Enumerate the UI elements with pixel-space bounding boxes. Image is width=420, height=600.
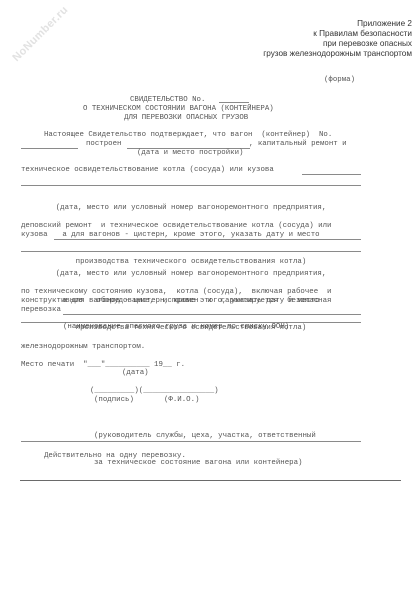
p1-repair: , капитальный ремонт и <box>249 140 347 149</box>
watermark: NoNumber.ru <box>10 4 70 64</box>
p1-built: построен <box>86 140 121 149</box>
number-field[interactable] <box>219 102 249 103</box>
responsible-block: (руководитель службы, цеха, участка, отв… <box>94 414 316 477</box>
depot-repair-field[interactable] <box>54 239 361 240</box>
p3-line2: кузова <box>21 231 48 240</box>
caption-line: (дата, место или условный номер вагоноре… <box>21 204 361 213</box>
responsible-line: (руководитель службы, цеха, участка, отв… <box>94 432 316 441</box>
caption-line: (дата, место или условный номер вагоноре… <box>21 270 361 279</box>
valid-note: Действительно на одну перевозку. <box>44 452 186 461</box>
p5: железнодорожным транспортом. <box>21 343 145 352</box>
p4-line3: перевозка <box>21 306 61 315</box>
caption-cargo: (наименование опасного груза и номер по … <box>63 323 289 332</box>
signature-line[interactable]: (_________)(________________) <box>90 387 219 396</box>
signature-caption: (подпись) <box>94 396 134 405</box>
appendix-line: при перевозке опасных <box>263 39 412 49</box>
appendix-line: к Правилам безопасности <box>263 29 412 39</box>
p1-line1: Настоящее Свидетельство подтверждает, чт… <box>44 131 332 140</box>
appendix-line: грузов железнодорожным транспортом <box>263 49 412 59</box>
name-caption: (Ф.И.О.) <box>164 396 199 405</box>
p2-line1: техническое освидетельствование котла (с… <box>21 166 274 175</box>
p3-line1: деповский ремонт и техническое освидетел… <box>21 222 331 231</box>
boiler-inspection-field[interactable] <box>302 174 361 175</box>
divider <box>21 441 361 442</box>
title-line-3: ДЛЯ ПЕРЕВОЗКИ ОПАСНЫХ ГРУЗОВ <box>124 114 248 123</box>
appendix-line: Приложение 2 <box>263 19 412 29</box>
form-label: (форма) <box>324 76 355 85</box>
p4-line1: по техническому состоянию кузова, котла … <box>21 288 331 297</box>
bottom-divider <box>20 480 401 481</box>
cargo-field[interactable] <box>63 314 361 315</box>
p1-caption: (дата и место постройки) <box>137 149 243 158</box>
wagon-number-field[interactable] <box>21 148 78 149</box>
date-caption: (дата) <box>122 369 149 378</box>
title-line-1: СВИДЕТЕЛЬСТВО No. <box>130 96 205 105</box>
stamp-line: Место печати "___"__________ 19__ г. <box>21 361 185 370</box>
p4-line2: конструктивное оборудование, исправен и … <box>21 297 331 306</box>
appendix-header: Приложение 2 к Правилам безопасности при… <box>263 19 412 59</box>
title-line-2: О ТЕХНИЧЕСКОМ СОСТОЯНИИ ВАГОНА (КОНТЕЙНЕ… <box>83 105 274 114</box>
